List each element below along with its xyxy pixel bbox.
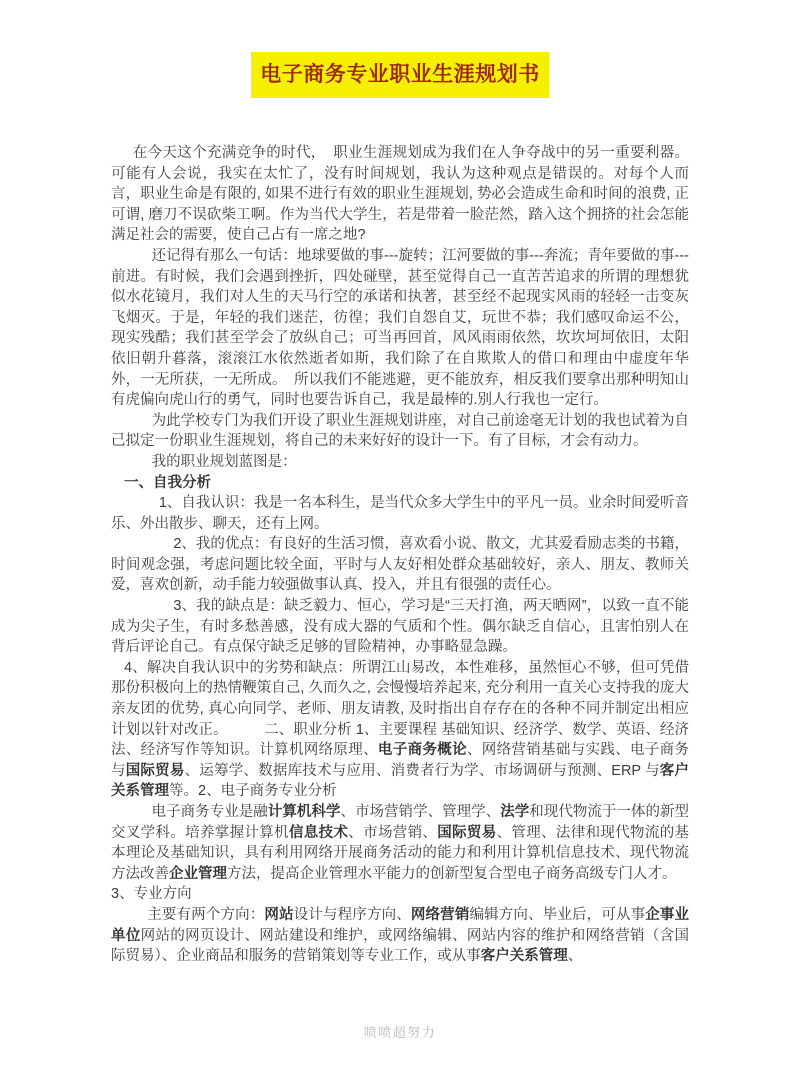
watermark: 喷喷超努力: [0, 1022, 800, 1041]
document-title: 电子商务专业职业生涯规划书: [251, 52, 549, 98]
strengths-item: 2、我的优点：有良好的生活习惯，喜欢看小说、散文，尤其爱看励志类的书籍，时间观念…: [111, 534, 689, 596]
document-body: 在今天这个充满竞争的时代， 职业生涯规划成为我们在人争夺战中的另一重要利器。可能…: [111, 143, 689, 967]
document-page: 电子商务专业职业生涯规划书 在今天这个充满竞争的时代， 职业生涯规划成为我们在人…: [0, 0, 800, 1067]
weaknesses-item: 3、我的缺点是：缺乏毅力、恒心，学习是“三天打渔，两天晒网”，以致一直不能成为尖…: [111, 596, 689, 658]
major-direction-heading: 3、专业方向: [111, 884, 689, 905]
intro-paragraph: 在今天这个充满竞争的时代， 职业生涯规划成为我们在人争夺战中的另一重要利器。可能…: [111, 143, 689, 246]
lecture-paragraph: 为此学校专门为我们开设了职业生涯规划讲座，对自己前途毫无计划的我也试着为自己拟定…: [111, 411, 689, 452]
title-row: 电子商务专业职业生涯规划书: [0, 0, 800, 98]
self-knowledge-item: 1、自我认识：我是一名本科生，是当代众多大学生中的平凡一员。业余时间爱听音乐、外…: [111, 493, 689, 534]
blueprint-line: 我的职业规划蓝图是：: [111, 452, 689, 473]
motivation-paragraph: 还记得有那么一句话：地球要做的事---旋转；江河要做的事---奔流；青年要做的事…: [111, 246, 689, 411]
section-heading-self-analysis: 一、自我分析: [111, 473, 689, 494]
major-analysis-paragraph: 电子商务专业是融计算机科学、市场营销学、管理学、法学和现代物流于一体的新型交叉学…: [111, 802, 689, 884]
major-direction-paragraph: 主要有两个方向：网站设计与程序方向、网络营销编辑方向、毕业后，可从事企事业单位网…: [111, 905, 689, 967]
weakness-solution-and-career-analysis: 4、解决自我认识中的劣势和缺点：所谓江山易改，本性难移，虽然恒心不够，但可凭借那…: [111, 658, 689, 802]
